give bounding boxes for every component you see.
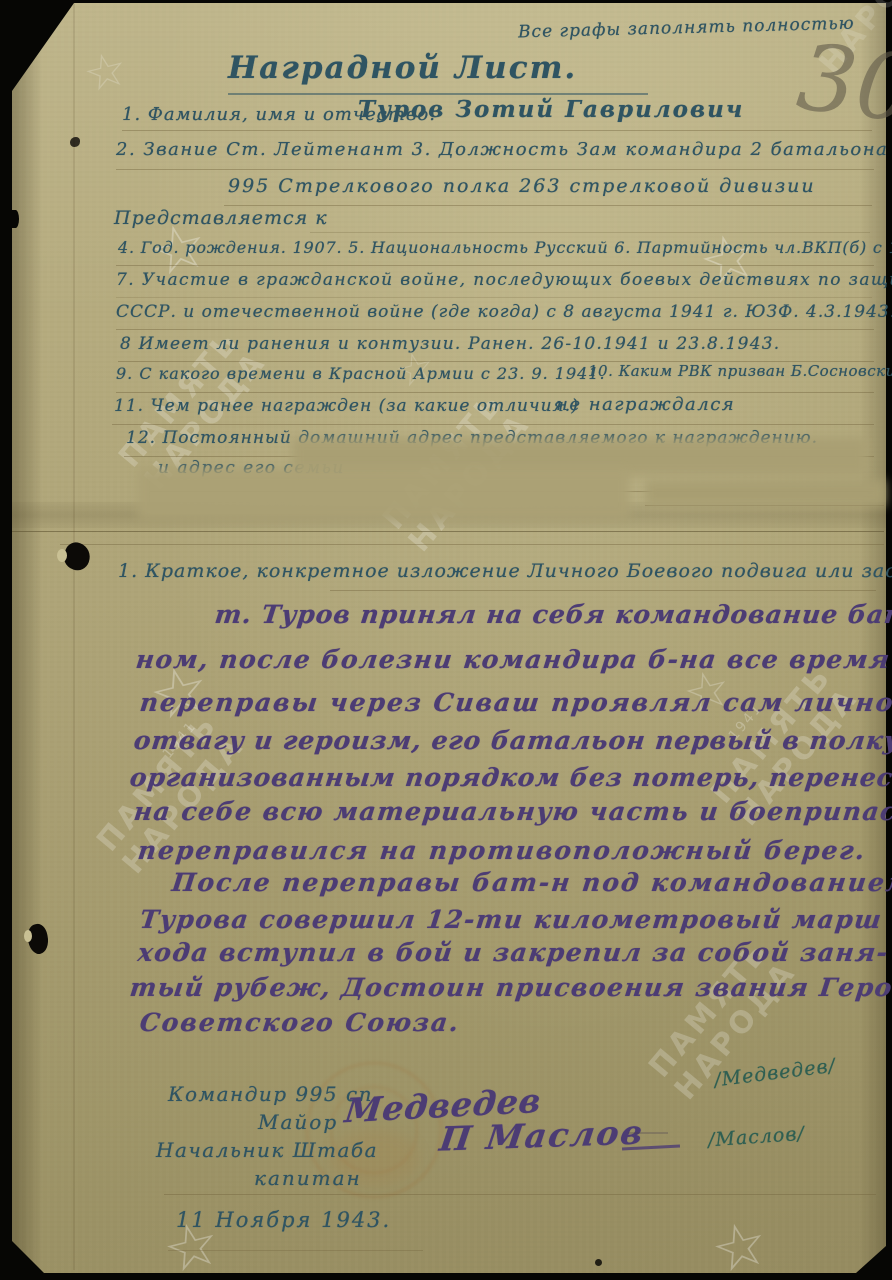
ruled-line — [60, 544, 884, 545]
field-war-participation-1: 7. Участие в гражданской войне, последую… — [116, 270, 892, 290]
doc-title: Наградной Лист. — [228, 50, 577, 86]
redacted-address-blur — [645, 480, 885, 506]
merit-text-line: тый рубеж, Достоин присвоения звания Гер… — [128, 973, 892, 1002]
document-date: 11 Ноября 1943. — [176, 1208, 391, 1232]
ruled-line — [116, 265, 874, 266]
ruled-line — [116, 169, 874, 170]
field-birth-nationality-party: 4. Год. рождения. 1907. 5. Национальност… — [118, 238, 892, 257]
merit-text-line: хода вступил в бой и закрепил за собой з… — [136, 938, 890, 967]
hole-tear-highlight — [57, 549, 67, 562]
field-unit: 995 Стрелкового полка 263 стрелковой див… — [228, 175, 816, 197]
paper-crease — [73, 3, 75, 1270]
merit-text-line: отвагу и героизм, его батальон первый в … — [132, 726, 892, 755]
ruled-line — [224, 205, 872, 206]
merit-text-line: После переправы бат-н под командованием — [170, 868, 892, 897]
commander-role-label: Командир 995 сп — [168, 1082, 373, 1106]
merit-section-heading: 1. Краткое, конкретное изложение Личного… — [118, 560, 892, 582]
merit-text-line: переправы через Сиваш проявлял сам лично — [138, 688, 892, 717]
field-name-value: Туров Зотий Гаврилович — [358, 96, 744, 123]
merit-text-line: Советского Союза. — [138, 1008, 462, 1037]
ruled-line — [12, 531, 884, 532]
field-service-since: 9. С какого времени в Красной Армии с 23… — [116, 364, 606, 383]
chief-rank-label: капитан — [254, 1166, 362, 1190]
ruled-line — [122, 130, 872, 131]
field-previous-awards-value: не награждался — [556, 394, 735, 415]
paper-speck — [595, 1259, 602, 1266]
field-previous-awards-label: 11. Чем ранее награжден (за какие отличи… — [114, 396, 579, 416]
field-rank-position: 2. Звание Ст. Лейтенант 3. Должность Зам… — [116, 139, 888, 160]
ruled-line — [116, 329, 874, 330]
edge-notch — [12, 210, 19, 228]
merit-text-line: ном, после болезни командира б-на все вр… — [134, 645, 892, 674]
pencil-dash — [628, 1132, 668, 1134]
field-drafted-by: 10. Каким РВК призван Б.Сосновским — [588, 362, 892, 380]
ruled-line — [228, 93, 648, 95]
ruled-line — [310, 232, 870, 233]
commander-rank-label: Майор — [258, 1110, 338, 1134]
ruled-line — [168, 1250, 423, 1251]
hole-tear-highlight — [24, 930, 32, 942]
merit-text-line: переправился на противоположный берег. — [136, 836, 868, 865]
merit-text-line: на себе всю материальную часть и боеприп… — [132, 797, 892, 826]
chief-role-label: Начальник Штаба — [156, 1138, 378, 1162]
scanned-award-document: ☆ ☆ ☆ ☆ ☆ ☆ ☆ ☆ ПАМЯТЬ НАРОДА ПАМЯТЬ НАР… — [0, 0, 892, 1280]
merit-text-line: т. Туров принял на себя командование бат… — [213, 600, 892, 629]
chief-signature: П Маслов — [437, 1112, 647, 1158]
redacted-address-blur — [138, 468, 630, 520]
merit-text-line: Турова совершил 12-ти километровый марш … — [138, 905, 892, 934]
ruled-line — [116, 392, 874, 393]
ruled-line — [112, 424, 874, 425]
page-number: 30 — [792, 23, 892, 143]
field-war-participation-2: СССР. и отечественной войне (где когда) … — [116, 302, 892, 322]
ruled-line — [164, 1194, 876, 1195]
field-presented-for: Представляется к — [114, 207, 328, 229]
field-wounds: 8 Имеет ли ранения и контузии. Ранен. 26… — [120, 334, 780, 354]
ruled-line — [330, 590, 876, 591]
ruled-line — [116, 297, 872, 298]
merit-text-line: организованным порядком без потерь, пере… — [128, 763, 892, 792]
